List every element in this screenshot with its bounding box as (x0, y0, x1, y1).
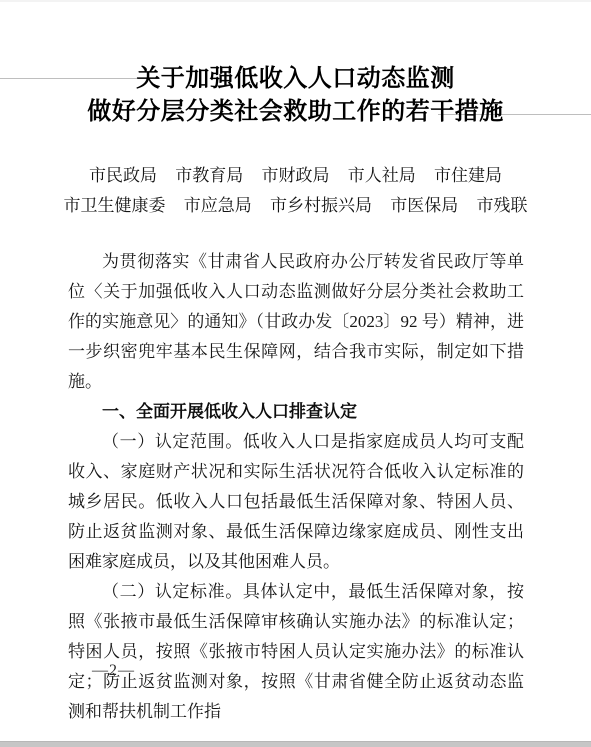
document-title-line2: 做好分层分类社会救助工作的若干措施 (0, 96, 591, 129)
agency-name: 市民政局 (89, 161, 157, 191)
page-number: —2— (92, 662, 135, 680)
agency-name: 市住建局 (434, 161, 502, 191)
scanned-document-page: 关于加强低收入人口动态监测 做好分层分类社会救助工作的若干措施 市民政局 市教育… (0, 0, 591, 747)
agency-name: 市残联 (477, 191, 528, 221)
agency-name: 市卫生健康委 (64, 191, 166, 221)
agency-name: 市乡村振兴局 (270, 191, 372, 221)
section1-paragraph1: （一）认定范围。低收入人口是指家庭成员人均可支配收入、家庭财产状况和实际生活状况… (68, 427, 524, 577)
page-top-edge (0, 0, 591, 2)
document-title-line1: 关于加强低收入人口动态监测 (0, 63, 591, 96)
agency-name: 市应急局 (184, 191, 252, 221)
issuing-agencies-row2: 市卫生健康委 市应急局 市乡村振兴局 市医保局 市残联 (0, 191, 591, 221)
agency-name: 市人社局 (348, 161, 416, 191)
issuing-agencies-row1: 市民政局 市教育局 市财政局 市人社局 市住建局 (0, 161, 591, 191)
agency-name: 市教育局 (175, 161, 243, 191)
issuing-agencies: 市民政局 市教育局 市财政局 市人社局 市住建局 市卫生健康委 市应急局 市乡村… (0, 161, 591, 221)
page-bottom-edge (0, 741, 591, 747)
section1-heading: 一、全面开展低收入人口排查认定 (68, 397, 524, 427)
intro-paragraph: 为贯彻落实《甘肃省人民政府办公厅转发省民政厅等单位〈关于加强低收入人口动态监测做… (68, 247, 524, 397)
document-body: 为贯彻落实《甘肃省人民政府办公厅转发省民政厅等单位〈关于加强低收入人口动态监测做… (68, 247, 524, 727)
section1-paragraph2: （二）认定标准。具体认定中，最低生活保障对象，按照《张掖市最低生活保障审核确认实… (68, 577, 524, 727)
agency-name: 市财政局 (262, 161, 330, 191)
document-title: 关于加强低收入人口动态监测 做好分层分类社会救助工作的若干措施 (0, 63, 591, 129)
agency-name: 市医保局 (390, 191, 458, 221)
